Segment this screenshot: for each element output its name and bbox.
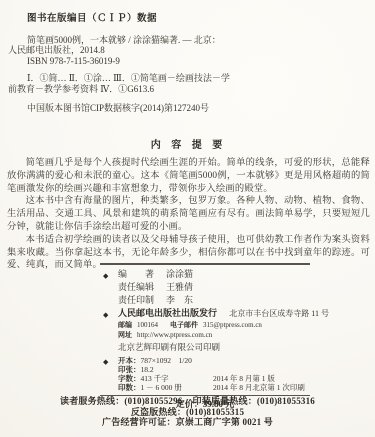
colophon-block: ◆ 编 著 涂涂猫 责任编辑 王雅倩 责任印制 李 东 ◆ 人民邮电出版社出版发… xyxy=(100,263,310,410)
cip-class-line1: Ⅰ．①简… Ⅱ．①涂… Ⅲ．①简笔画－绘画技法－学 xyxy=(8,73,369,84)
staff-value: 涂涂猫 xyxy=(166,268,193,281)
abstract-paragraph-1: 简笔画几乎是每个人孩提时代绘画生涯的开始。简单的线条，可爱的形状，总能释放你满满… xyxy=(7,157,370,195)
format-row: ◆ 开本：787×1092 1/20 xyxy=(100,356,310,365)
footer-block: 读者服务热线：(010)81055296印装质量热线：(010)81055316… xyxy=(0,396,375,428)
staff-row-editor: 责任编辑 王雅倩 xyxy=(100,281,310,294)
word-count-value: 413 千字 xyxy=(141,374,169,383)
cip-book-info: 简笔画5000例，一本就够 / 涂涂猫编著. — 北京： 人民邮电出版社，201… xyxy=(8,35,369,67)
book-copyright-page: 图书在版编目（ＣＩＰ）数据 简笔画5000例，一本就够 / 涂涂猫编著. — 北… xyxy=(0,0,375,437)
staff-label: 编 著 xyxy=(118,268,154,281)
website-row: 网址http://www.ptpress.com.cn xyxy=(100,330,310,341)
printing-date: 2014 年 8 月北京第 1 次印刷 xyxy=(213,383,305,392)
postal-email-row: 邮编100164电子邮件315@ptpress.com.cn xyxy=(100,320,310,331)
staff-value: 李 东 xyxy=(166,294,193,307)
quality-hotline: 印装质量热线：(010)81055316 xyxy=(193,396,316,406)
abstract-heading: 内 容 提 要 xyxy=(7,136,370,151)
cip-record-line: 中国版本图书馆CIP数据核字(2014)第127240号 xyxy=(8,103,369,114)
reader-hotline: 读者服务热线：(010)81055296 xyxy=(60,396,183,406)
printer-row: 北京艺辉印刷有限公司印刷 xyxy=(100,342,310,353)
postcode-value: 100164 xyxy=(137,321,158,329)
ad-license-line: 广告经营许可证：京崇工商广字第 0021 号 xyxy=(0,417,375,428)
staff-row-author: ◆ 编 著 涂涂猫 xyxy=(100,268,310,281)
format-value: 787×1092 1/20 xyxy=(141,356,192,365)
print-run-left: 印数：1 － 6 000 册 xyxy=(118,383,213,392)
staff-row-printing-supervisor: 责任印制 李 东 xyxy=(100,294,310,307)
edition-date: 2014 年 8 月第 1 版 xyxy=(213,374,275,383)
cip-header: 图书在版编目（ＣＩＰ）数据 xyxy=(8,14,369,25)
staff-label: 责任编辑 xyxy=(118,281,154,294)
website-label: 网址 xyxy=(118,331,132,339)
website-url: http://www.ptpress.com.cn xyxy=(137,331,212,339)
cip-title-line: 简笔画5000例，一本就够 / 涂涂猫编著. — 北京： xyxy=(8,35,369,46)
sheets-value: 18.2 xyxy=(141,365,154,374)
email-value: 315@ptpress.com.cn xyxy=(203,321,262,329)
publisher-name: 人民邮电出版社出版发行 xyxy=(118,308,217,318)
print-run-row: 印数：1 － 6 000 册2014 年 8 月北京第 1 次印刷 xyxy=(100,383,310,392)
format-label: 开本： xyxy=(118,356,141,365)
staff-value: 王雅倩 xyxy=(166,281,193,294)
colophon-body: ◆ 编 著 涂涂猫 责任编辑 王雅倩 责任印制 李 东 ◆ 人民邮电出版社出版发… xyxy=(100,265,310,411)
word-count-left: 字数：413 千字 xyxy=(118,374,213,383)
publisher-row: ◆ 人民邮电出版社出版发行 北京市丰台区成寿寺路 11 号 xyxy=(100,307,310,320)
sheets-row: 印张：18.2 xyxy=(100,365,310,374)
word-count-label: 字数： xyxy=(118,374,141,383)
publisher-address: 北京市丰台区成寿寺路 11 号 xyxy=(229,309,329,318)
cip-class-line2: 前教育－教学参考资料 Ⅳ．①G613.6 xyxy=(8,84,369,95)
email-label: 电子邮件 xyxy=(170,321,198,329)
cip-block: 图书在版编目（ＣＩＰ）数据 简笔画5000例，一本就够 / 涂涂猫编著. — 北… xyxy=(8,14,369,114)
print-run-value: 1 － 6 000 册 xyxy=(141,383,182,392)
sheets-label: 印张： xyxy=(118,365,141,374)
staff-label: 责任印制 xyxy=(118,294,154,307)
abstract-paragraph-2: 这本书中含有海量的图片，种类繁多，包罗万象。各种人物、动物、植物、食物、生活用品… xyxy=(7,195,370,233)
cip-publisher-line: 人民邮电出版社，2014.8 xyxy=(8,45,369,56)
hotline-line-2: 反盗版热线：(010)81055315 xyxy=(0,407,375,418)
print-run-label: 印数： xyxy=(118,383,141,392)
word-count-row: 字数：413 千字2014 年 8 月第 1 版 xyxy=(100,374,310,383)
cip-isbn-line: ISBN 978-7-115-36019-9 xyxy=(8,56,369,67)
cip-classification: Ⅰ．①简… Ⅱ．①涂… Ⅲ．①简笔画－绘画技法－学 前教育－教学参考资料 Ⅳ．①… xyxy=(8,73,369,94)
abstract-section: 内 容 提 要 简笔画几乎是每个人孩提时代绘画生涯的开始。简单的线条，可爱的形状… xyxy=(7,136,370,272)
postcode-label: 邮编 xyxy=(118,321,132,329)
hotline-line-1: 读者服务热线：(010)81055296印装质量热线：(010)81055316 xyxy=(0,396,375,407)
